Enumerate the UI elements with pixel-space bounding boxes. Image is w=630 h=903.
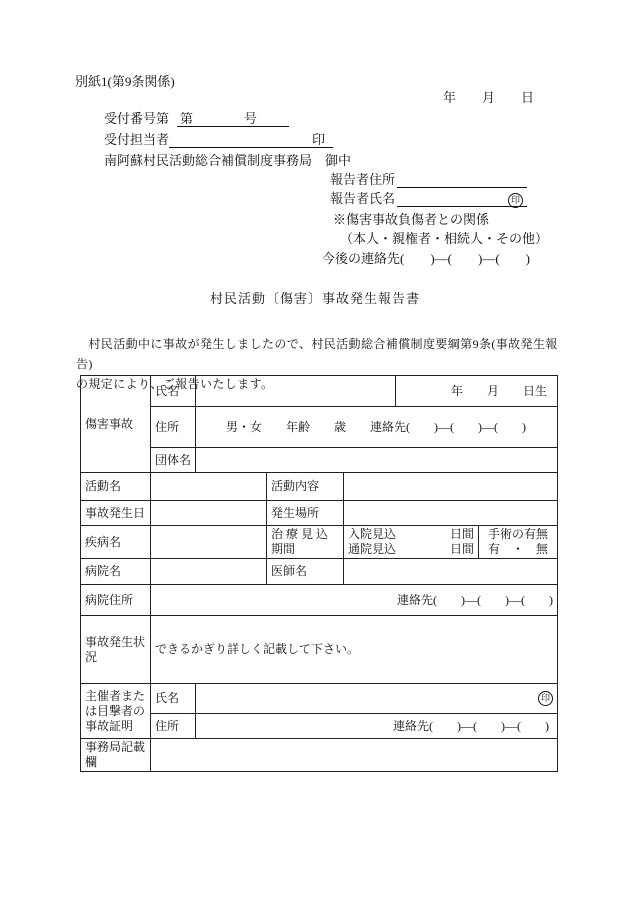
row-office-use: 事務局記載 欄 — [81, 739, 558, 772]
reporter-name-row: 報告者氏名印 — [330, 191, 527, 207]
row-injured-name: 傷害事故 氏名 年 月 日生 — [81, 376, 558, 407]
group-blank-field — [196, 448, 558, 473]
reception-number-suffix: 号 — [244, 111, 257, 126]
accident-date-label: 事故発生日 — [81, 501, 151, 526]
corner-note: 別紙1(第9条関係) — [75, 74, 175, 90]
disease-blank-field — [151, 526, 267, 559]
reception-number-field: 第号 — [177, 111, 289, 127]
witness-name-blank-field: 印 — [196, 684, 558, 714]
accident-date-blank-field — [151, 501, 267, 526]
name-blank-field — [196, 376, 396, 407]
situation-blank-field: できるかぎり詳しく記載して下さい。 — [151, 616, 558, 684]
hospitalization-days-unit: 日間 — [450, 527, 474, 542]
office-addressee-line: 南阿蘇村民活動総合補償制度事務局 御中 — [104, 153, 351, 169]
row-hospital: 病院名 医師名 — [81, 559, 558, 585]
witness-address-label: 住所 — [151, 714, 196, 739]
reporter-address-row: 報告者住所 — [330, 172, 527, 188]
future-contact-line: 今後の連絡先( )―( )―( ) — [322, 251, 530, 267]
witness-seal-icon: 印 — [538, 691, 553, 706]
relation-note: ※傷害事故負傷者との関係 — [333, 212, 489, 228]
staff-seal-mark: 印 — [312, 132, 325, 147]
reception-number-label: 受付番号第 — [104, 111, 169, 126]
activity-label: 活動名 — [81, 473, 151, 501]
witness-contact-line: 連絡先( )―( )―( ) — [393, 719, 549, 733]
reception-number-prefix: 第 — [180, 111, 193, 126]
witness-section-label: 主催者また は目撃者の 事故証明 — [81, 684, 151, 739]
office-use-blank-field — [151, 739, 558, 772]
surgery-label: 手術の有無 — [483, 527, 553, 542]
name-label: 氏名 — [151, 376, 196, 407]
row-group-name: 団体名 — [81, 448, 558, 473]
hospital-address-label: 病院住所 — [81, 585, 151, 616]
row-accident-date: 事故発生日 発生場所 — [81, 501, 558, 526]
situation-note: できるかぎり詳しく記載して下さい。 — [155, 642, 359, 656]
hospitalization-label: 入院見込 — [348, 527, 396, 542]
row-injured-address: 住所 男・女 年齢 歳 連絡先( )―( )―( ) — [81, 407, 558, 448]
office-use-label: 事務局記載 欄 — [81, 739, 151, 772]
surgery-options: 有 ・ 無 — [483, 542, 553, 557]
outpatient-label: 通院見込 — [348, 542, 396, 557]
row-activity: 活動名 活動内容 — [81, 473, 558, 501]
report-table: 傷害事故 氏名 年 月 日生 住所 男・女 年齢 歳 連絡先( )―( )―( … — [80, 375, 558, 772]
accident-report-form-page: 別紙1(第9条関係) 年 月 日 受付番号第第号 受付担当者印 南阿蘇村民活動総… — [0, 0, 630, 903]
hospital-contact-line: 連絡先( )―( )―( ) — [397, 593, 553, 607]
witness-address-blank-field: 連絡先( )―( )―( ) — [196, 714, 558, 739]
witness-name-label: 氏名 — [151, 684, 196, 714]
reporter-address-field — [397, 172, 527, 188]
location-blank-field — [344, 501, 558, 526]
address-blank-field: 男・女 年齢 歳 連絡先( )―( )―( ) — [196, 407, 558, 448]
address-label: 住所 — [151, 407, 196, 448]
date-line: 年 月 日 — [443, 90, 534, 106]
injury-section-label: 傷害事故 — [81, 376, 151, 473]
row-witness-address: 住所 連絡先( )―( )―( ) — [81, 714, 558, 739]
situation-label: 事故発生状 況 — [81, 616, 151, 684]
hospital-address-blank-field: 連絡先( )―( )―( ) — [151, 585, 558, 616]
row-hospital-address: 病院住所 連絡先( )―( )―( ) — [81, 585, 558, 616]
group-label: 団体名 — [151, 448, 196, 473]
document-title: 村民活動〔傷害〕事故発生報告書 — [0, 291, 630, 307]
doctor-label: 医師名 — [267, 559, 344, 585]
outpatient-days-unit: 日間 — [450, 542, 474, 557]
row-situation: 事故発生状 況 できるかぎり詳しく記載して下さい。 — [81, 616, 558, 684]
treatment-estimate-cell: 入院見込 日間 通院見込 日間 — [344, 526, 479, 559]
row-disease: 疾病名 治 療 見 込 期間 入院見込 日間 通院見込 日間 手術の有無 有 ・… — [81, 526, 558, 559]
hospital-blank-field — [151, 559, 267, 585]
reception-number-row: 受付番号第第号 — [104, 111, 289, 127]
disease-label: 疾病名 — [81, 526, 151, 559]
reporter-name-label: 報告者氏名 — [330, 191, 395, 206]
treatment-period-label: 治 療 見 込 期間 — [267, 526, 344, 559]
gender-age-contact-line: 男・女 年齢 歳 連絡先( )―( )―( ) — [200, 420, 553, 435]
reporter-name-field: 印 — [397, 191, 527, 207]
birth-date-label: 年 月 日生 — [396, 376, 558, 407]
reception-staff-label: 受付担当者 — [104, 132, 169, 147]
row-witness-name: 主催者また は目撃者の 事故証明 氏名 印 — [81, 684, 558, 714]
relation-options: （本人・親権者・相続人・その他） — [340, 231, 548, 247]
reporter-seal-icon: 印 — [508, 193, 523, 208]
reporter-address-label: 報告者住所 — [330, 172, 395, 187]
activity-blank-field — [151, 473, 267, 501]
doctor-blank-field — [344, 559, 558, 585]
location-label: 発生場所 — [267, 501, 344, 526]
reception-staff-field: 印 — [169, 132, 333, 148]
activity-detail-blank-field — [344, 473, 558, 501]
activity-detail-label: 活動内容 — [267, 473, 344, 501]
surgery-cell: 手術の有無 有 ・ 無 — [479, 526, 558, 559]
hospital-label: 病院名 — [81, 559, 151, 585]
reception-staff-row: 受付担当者印 — [104, 132, 333, 148]
